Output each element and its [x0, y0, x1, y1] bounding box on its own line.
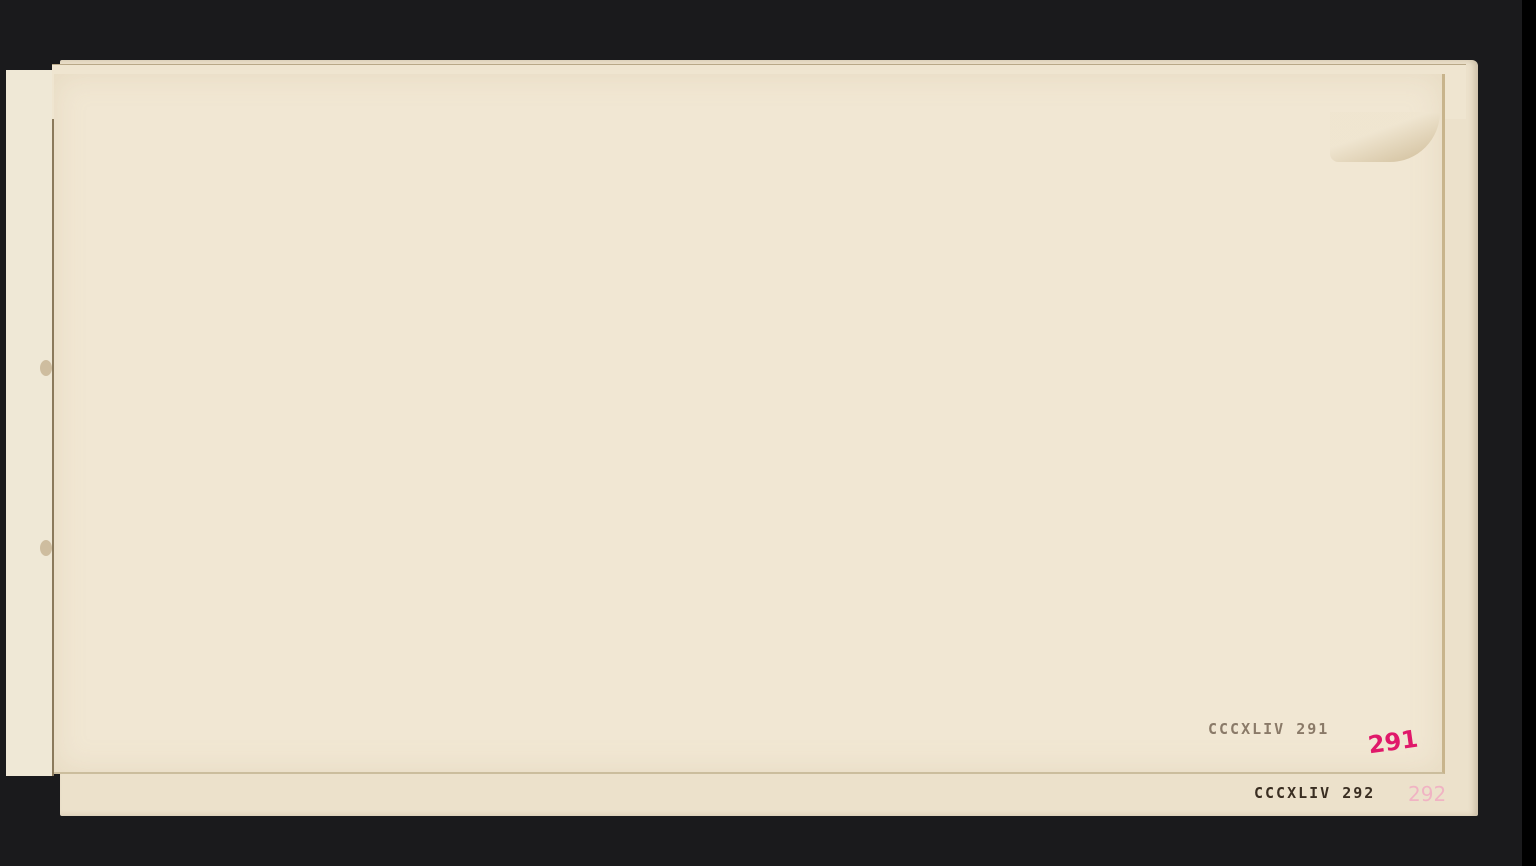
left-page-edge — [6, 70, 54, 776]
binding-hole — [40, 540, 52, 556]
main-blank-page — [54, 74, 1445, 774]
handwritten-number-lower: 292 — [1408, 782, 1446, 806]
inventory-stamp-upper: CCCXLIV 291 — [1208, 720, 1329, 738]
inventory-stamp-lower: CCCXLIV 292 — [1254, 784, 1375, 802]
binding-hole — [40, 360, 52, 376]
background-edge — [1522, 0, 1536, 866]
